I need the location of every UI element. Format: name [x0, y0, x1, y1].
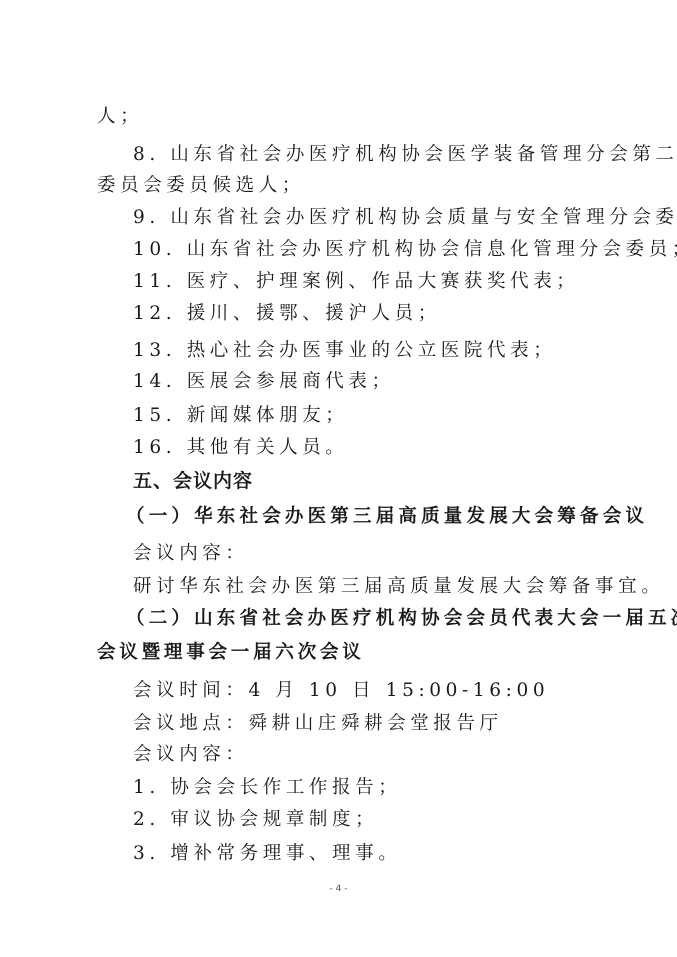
meeting-location: 会议地点：舜耕山庄舜耕会堂报告厅 — [133, 712, 503, 736]
list-item-14: 14. 医展会参展商代表； — [133, 370, 395, 394]
agenda-item-3: 3. 增补常务理事、理事。 — [133, 842, 401, 866]
subsection-heading-2: （二）山东省社会办医疗机构协会会员代表大会一届五次 — [126, 607, 677, 631]
section-heading-meeting-content: 五、会议内容 — [133, 469, 253, 493]
subsection-heading-1: （一）华东社会办医第三届高质量发展大会筹备会议 — [126, 505, 648, 529]
meeting-content-text-1: 研讨华东社会办医第三届高质量发展大会筹备事宜。 — [133, 575, 664, 599]
page-number: - 4 - — [0, 884, 677, 894]
subsection-heading-2-continuation: 会议暨理事会一届六次会议 — [97, 641, 365, 665]
list-item-8: 8. 山东省社会办医疗机构协会医学装备管理分会第二届 — [133, 143, 677, 167]
agenda-item-1: 1. 协会会长作工作报告； — [133, 776, 401, 800]
list-item-13: 13. 热心社会办医事业的公立医院代表； — [133, 339, 556, 363]
list-item-9: 9. 山东省社会办医疗机构协会质量与安全管理分会委员； — [133, 206, 677, 230]
list-item-8-continuation: 委员会委员候选人； — [97, 174, 305, 198]
list-item-continuation: 人； — [97, 105, 143, 129]
document-page: 人； 8. 山东省社会办医疗机构协会医学装备管理分会第二届 委员会委员候选人； … — [0, 0, 677, 957]
list-item-15: 15. 新闻媒体朋友； — [133, 404, 348, 428]
list-item-12: 12. 援川、援鄂、援沪人员； — [133, 302, 441, 326]
list-item-16: 16. 其他有关人员。 — [133, 436, 348, 460]
agenda-item-2: 2. 审议协会规章制度； — [133, 808, 378, 832]
meeting-time: 会议时间：4 月 10 日 15:00-16:00 — [133, 679, 549, 703]
list-item-11: 11. 医疗、护理案例、作品大赛获奖代表； — [133, 270, 579, 294]
list-item-10: 10. 山东省社会办医疗机构协会信息化管理分会委员； — [133, 238, 677, 262]
meeting-content-label-1: 会议内容： — [133, 542, 249, 566]
meeting-content-label-2: 会议内容： — [133, 743, 249, 767]
